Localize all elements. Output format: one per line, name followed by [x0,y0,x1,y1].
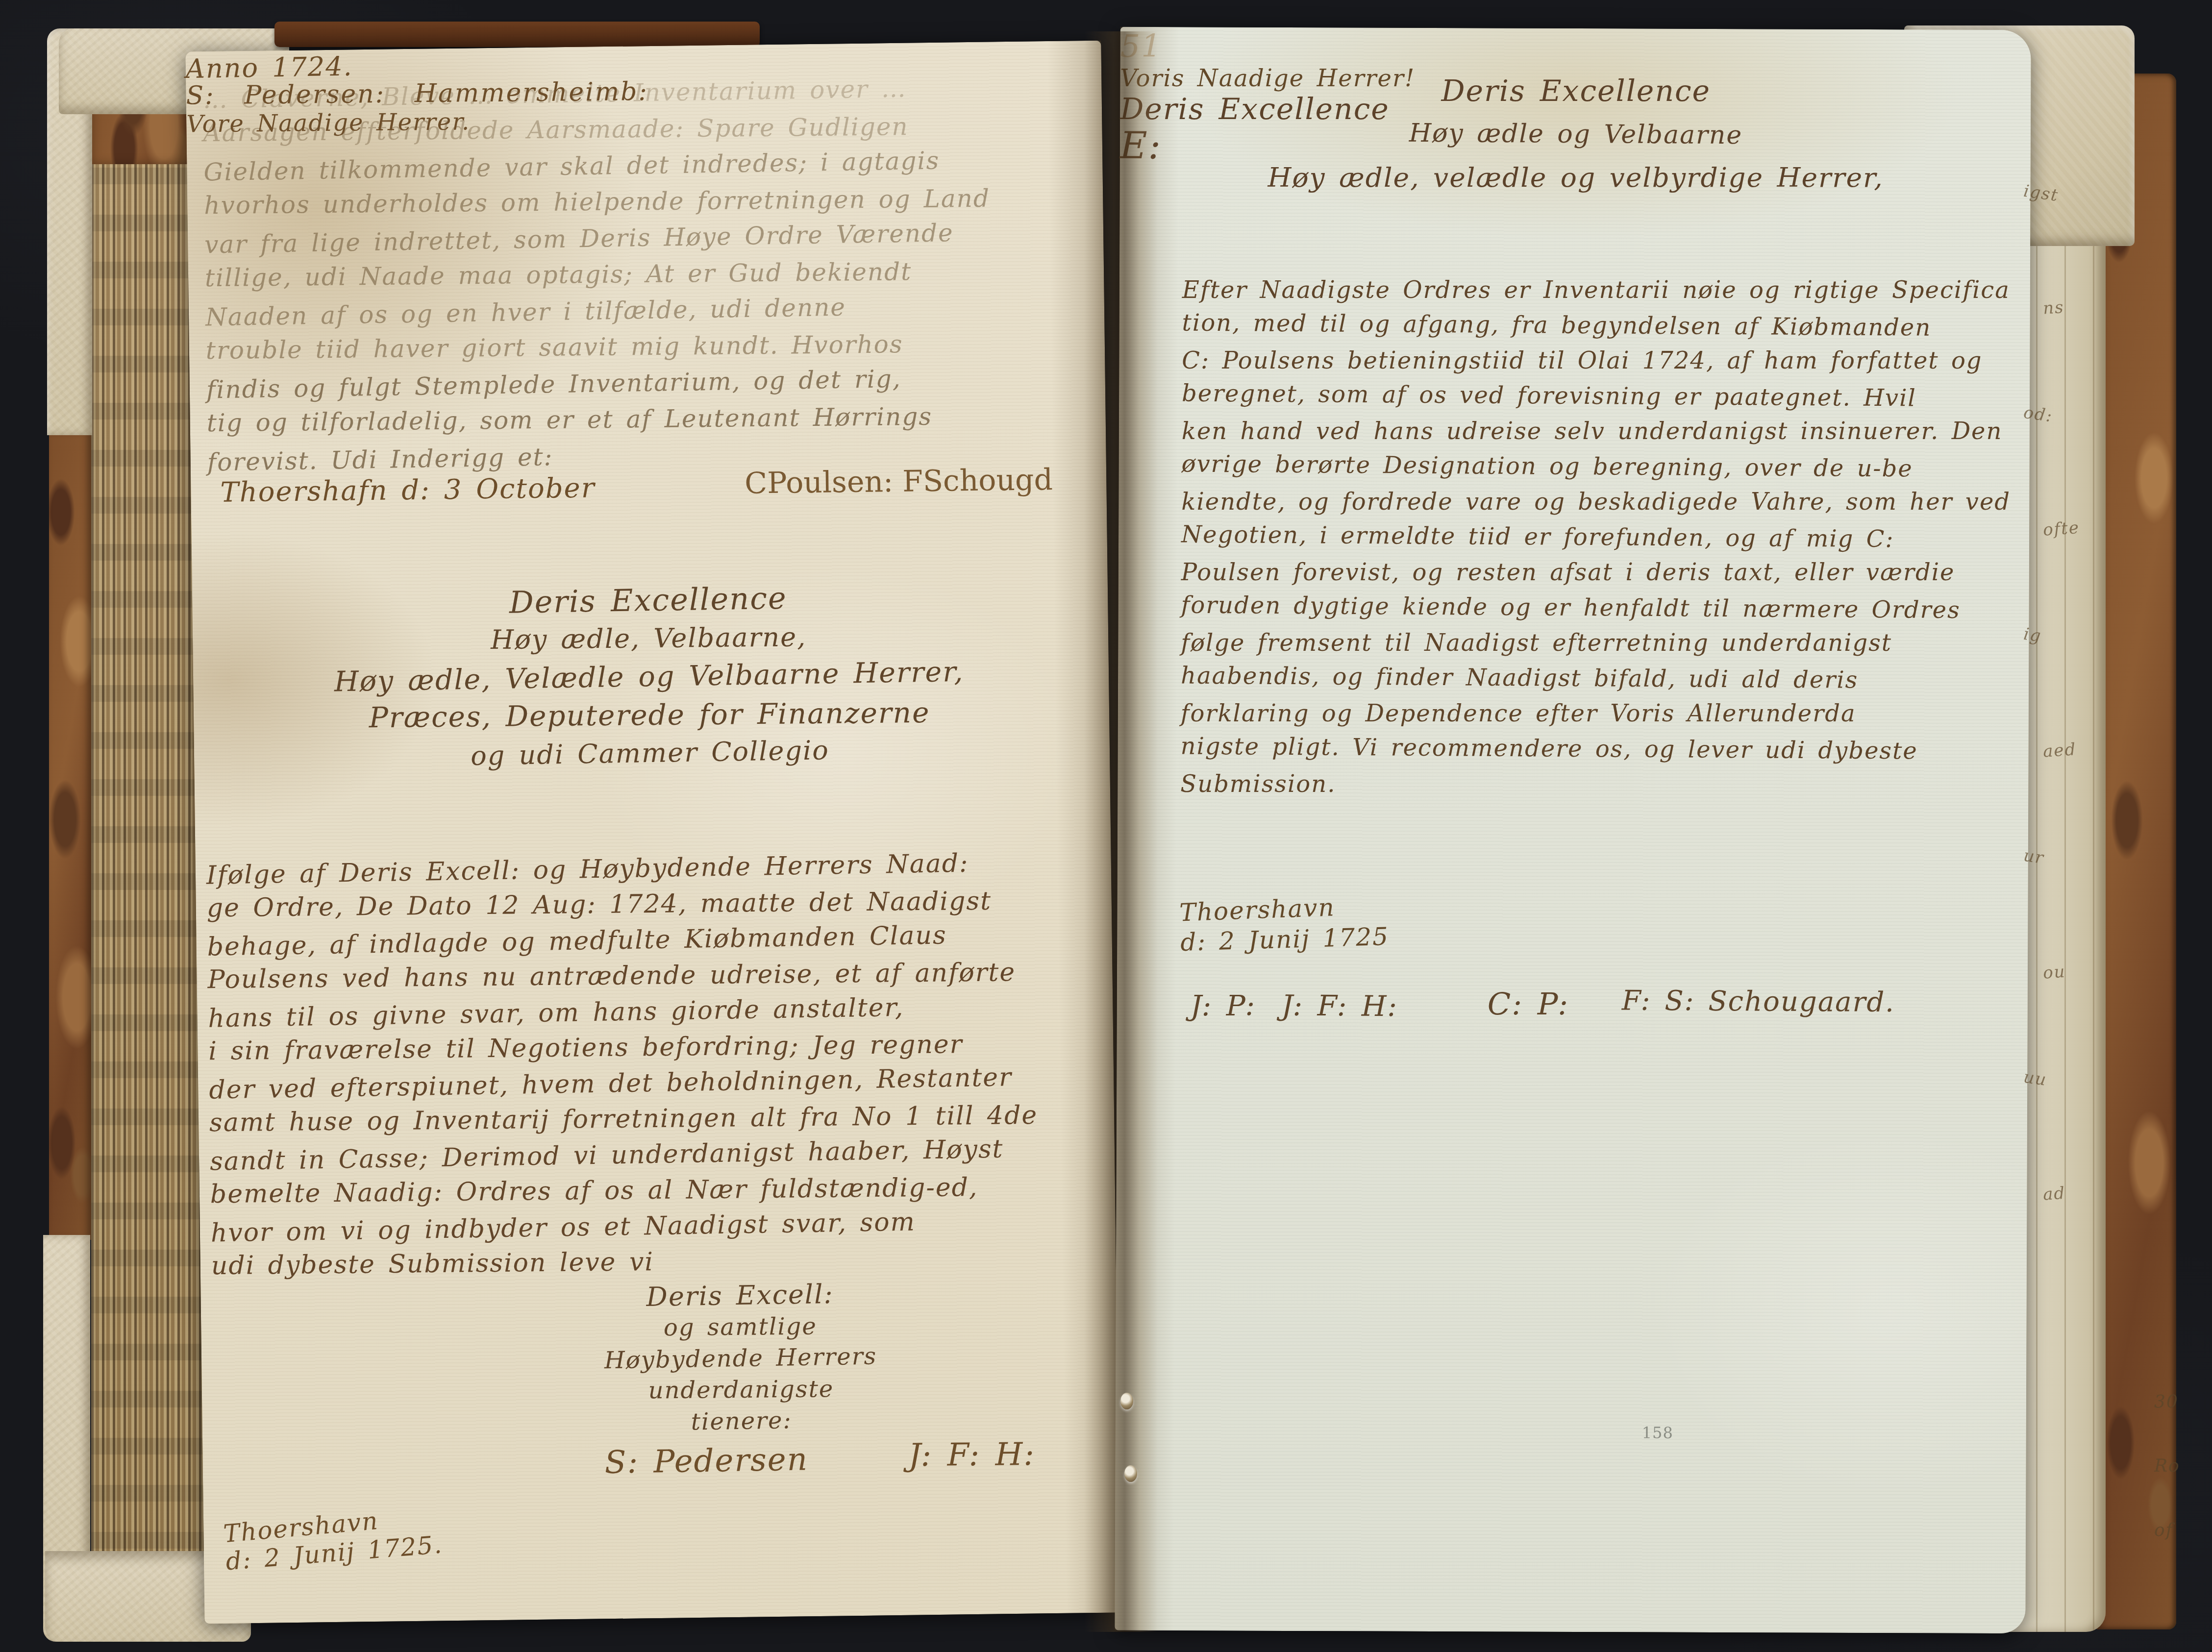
manuscript-line: øvrige berørte Designation og beregning,… [1181,446,1995,487]
closing-line: underdanigste [565,1373,918,1407]
left-page: … Claverne, Bleve … ommelte Inventarium … [185,41,1120,1624]
manuscript-line: haabendis, og finder Naadigst bifald, ud… [1181,658,1994,699]
pencil-folio-note: 158 [1642,1423,1673,1442]
edge-fragment: Ro [2154,1456,2208,1476]
closing-line: Deris Excell: [563,1277,917,1314]
edge-fragment: uu [2022,1067,2098,1097]
manuscript-line: beregnet, som af os ved forevisning er p… [1182,376,1995,417]
closing-line: og samtlige [564,1310,917,1345]
edge-fragment: ofte [2042,517,2098,540]
right-signature-row: J: P: J: F: H: C: P: F: S: Schougaard. [1117,988,2029,991]
dateline-text: Thoershafn d: 3 October [220,472,596,508]
photo-backdrop: … Claverne, Bleve … ommelte Inventarium … [0,0,2212,1652]
signature-cp: C: P: [1488,986,1569,1022]
manuscript-line: foruden dygtige kiende og er henfaldt ti… [1181,588,1994,628]
edge-writing-fragments: igstnsod:ofteigaedurouuuad [2023,186,2097,1362]
fore-edge-page-stack [91,111,205,1596]
signature-jp: J: P: [1191,988,1256,1022]
signature-cpoulsen-fschougd: CPoulsen: FSchougd [745,463,1053,501]
edge-fragment: od: [2022,403,2098,432]
left-body-paragraph: Ifølge af Deris Excell: og Høybydende He… [206,845,1112,1285]
manuscript-line: Poulsen forevist, og resten afsat i deri… [1181,555,1995,591]
gutter-shadow [1084,31,1158,1632]
marbled-endpaper-left [49,431,91,1240]
manuscript-line: Efter Naadigste Ordres er Inventarii nøi… [1182,272,1996,308]
page-number: 51 [1120,28,2031,65]
manuscript-line: følge fremsent til Naadigst efterretning… [1181,625,1994,661]
left-closing-block: Deris Excell:og samtligeHøybydende Herre… [563,1278,918,1439]
edge-fragment: of [2154,1520,2208,1540]
closing-line: tienere: [565,1403,918,1440]
right-page: 51 Deris ExcellenceHøy ædle og Velbaarne… [1115,27,2031,1633]
left-signature-row: S: Pedersen J: F: H: [202,1438,1114,1450]
edge-fragment: ad [2042,1181,2098,1205]
signature-jfh: J: F: H: [908,1436,1035,1474]
manuscript-line: udi dybeste Submission leve vi [211,1240,1111,1284]
signature-jfh: J: F: H: [1282,989,1398,1023]
leather-spine-top-edge [274,22,760,47]
left-address-heading: Deris ExcellenceHøy ædle, Velbaarne,Høy … [207,576,1092,778]
signature-s-pedersen: S: Pedersen [604,1441,808,1481]
edge-fragment: ou [2042,960,2098,983]
right-place-date: Thoershavnd: 2 Junij 1725 [1179,890,1389,958]
manuscript-line: tion, med til og afgang, fra begyndelsen… [1182,305,1995,346]
left-place-date: Thoershavnd: 2 Junij 1725. [223,1502,444,1576]
manuscript-line: forklaring og Dependence efter Voris All… [1181,696,1994,732]
manuscript-line: nigste pligt. Vi recommendere os, og lev… [1180,729,1994,769]
closing-line: Høybydende Herrers [564,1340,918,1377]
worm-hole [1120,1393,1133,1409]
edge-fragment: ig [2022,624,2098,654]
closing-flourish: E: [1120,123,2031,173]
edge-fragment: ns [2042,295,2098,319]
right-body-paragraph: Efter Naadigste Ordres er Inventarii nøi… [1180,271,1996,803]
edge-fragment: ur [2022,846,2098,875]
edge-fragment: 30 [2154,1392,2208,1412]
manuscript-line: Submission. [1180,766,1994,802]
right-salutation: Voris Naadige Herrer! [1120,65,2031,93]
right-closing-line: Deris Excellence [1120,92,2031,127]
manuscript-line: C: Poulsens betieningstiid til Olai 1724… [1182,343,1995,379]
signature-fs-schougaard: F: S: Schougaard. [1622,985,1895,1018]
manuscript-line: kiendte, og fordrede vare og beskadigede… [1181,484,1995,520]
place-date-line: d: 2 Junij 1725 [1180,921,1390,958]
manuscript-line: Negotien, i ermeldte tiid er forefunden,… [1181,517,1995,558]
edge-lower-marks: 30Roof [2154,1392,2208,1584]
manuscript-line: ken hand ved hans udreise selv underdani… [1182,414,1995,449]
edge-fragment: aed [2042,738,2098,762]
worm-hole [1124,1465,1137,1482]
